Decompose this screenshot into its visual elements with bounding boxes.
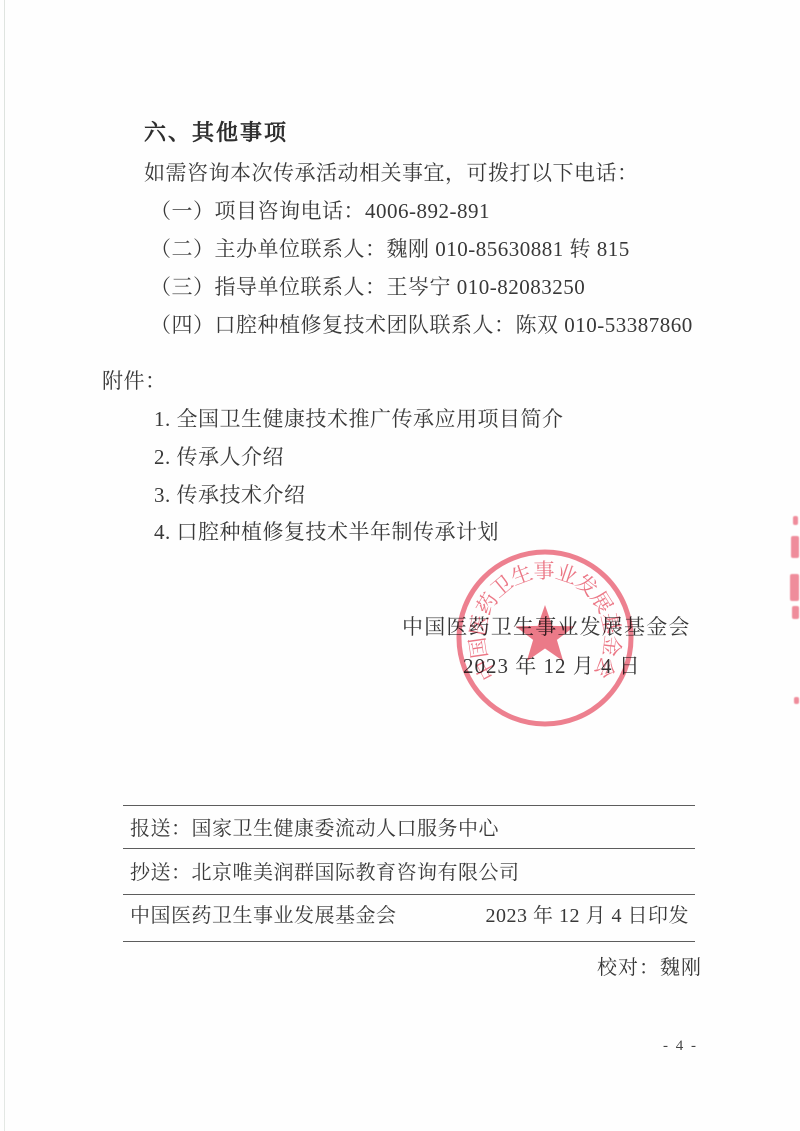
colophon-rule <box>123 941 695 942</box>
colophon-rule <box>123 894 695 895</box>
edge-seal-fragment <box>792 606 799 619</box>
intro-line: 如需咨询本次传承活动相关事宜，可拨打以下电话： <box>144 157 639 187</box>
colophon-issuer: 中国医药卫生事业发展基金会 <box>130 899 397 928</box>
document-page: 六、其他事项 如需咨询本次传承活动相关事宜，可拨打以下电话： （一）项目咨询电话… <box>0 0 800 1131</box>
page-number: - 4 - <box>663 1038 698 1055</box>
section-heading: 六、其他事项 <box>144 116 288 147</box>
scan-edge-artifact <box>4 0 5 1131</box>
colophon-print-date: 2023 年 12 月 4 日印发 <box>486 899 690 928</box>
attachment-item: 4. 口腔种植修复技术半年制传承计划 <box>154 516 499 546</box>
colophon-rule <box>123 805 695 806</box>
proofreader-line: 校对：魏刚 <box>597 951 702 980</box>
colophon-report-to: 报送：国家卫生健康委流动人口服务中心 <box>130 812 499 841</box>
attachment-item: 2. 传承人介绍 <box>154 441 284 471</box>
contact-line: （二）主办单位联系人：魏刚 010-85630881 转 815 <box>150 233 630 263</box>
edge-seal-fragment <box>790 574 799 601</box>
edge-seal-fragment <box>793 516 798 525</box>
edge-seal-fragment <box>794 697 799 704</box>
edge-seal-fragment <box>791 536 799 558</box>
contact-line: （三）指导单位联系人：王岑宁 010-82083250 <box>150 271 585 301</box>
colophon-issuer-row: 中国医药卫生事业发展基金会 2023 年 12 月 4 日印发 <box>123 899 693 928</box>
attachment-item: 3. 传承技术介绍 <box>154 479 306 509</box>
attachments-label: 附件： <box>102 365 167 395</box>
colophon-rule <box>123 848 695 849</box>
contact-line: （一）项目咨询电话：4006-892-891 <box>150 195 490 225</box>
attachment-item: 1. 全国卫生健康技术推广传承应用项目简介 <box>154 403 564 433</box>
seal-star-icon <box>516 605 575 661</box>
colophon-copy-to: 抄送：北京唯美润群国际教育咨询有限公司 <box>130 856 520 885</box>
official-seal-stamp: 中国医药卫生事业发展基金会 <box>453 546 637 730</box>
contact-line: （四）口腔种植修复技术团队联系人：陈双 010-53387860 <box>150 309 693 339</box>
